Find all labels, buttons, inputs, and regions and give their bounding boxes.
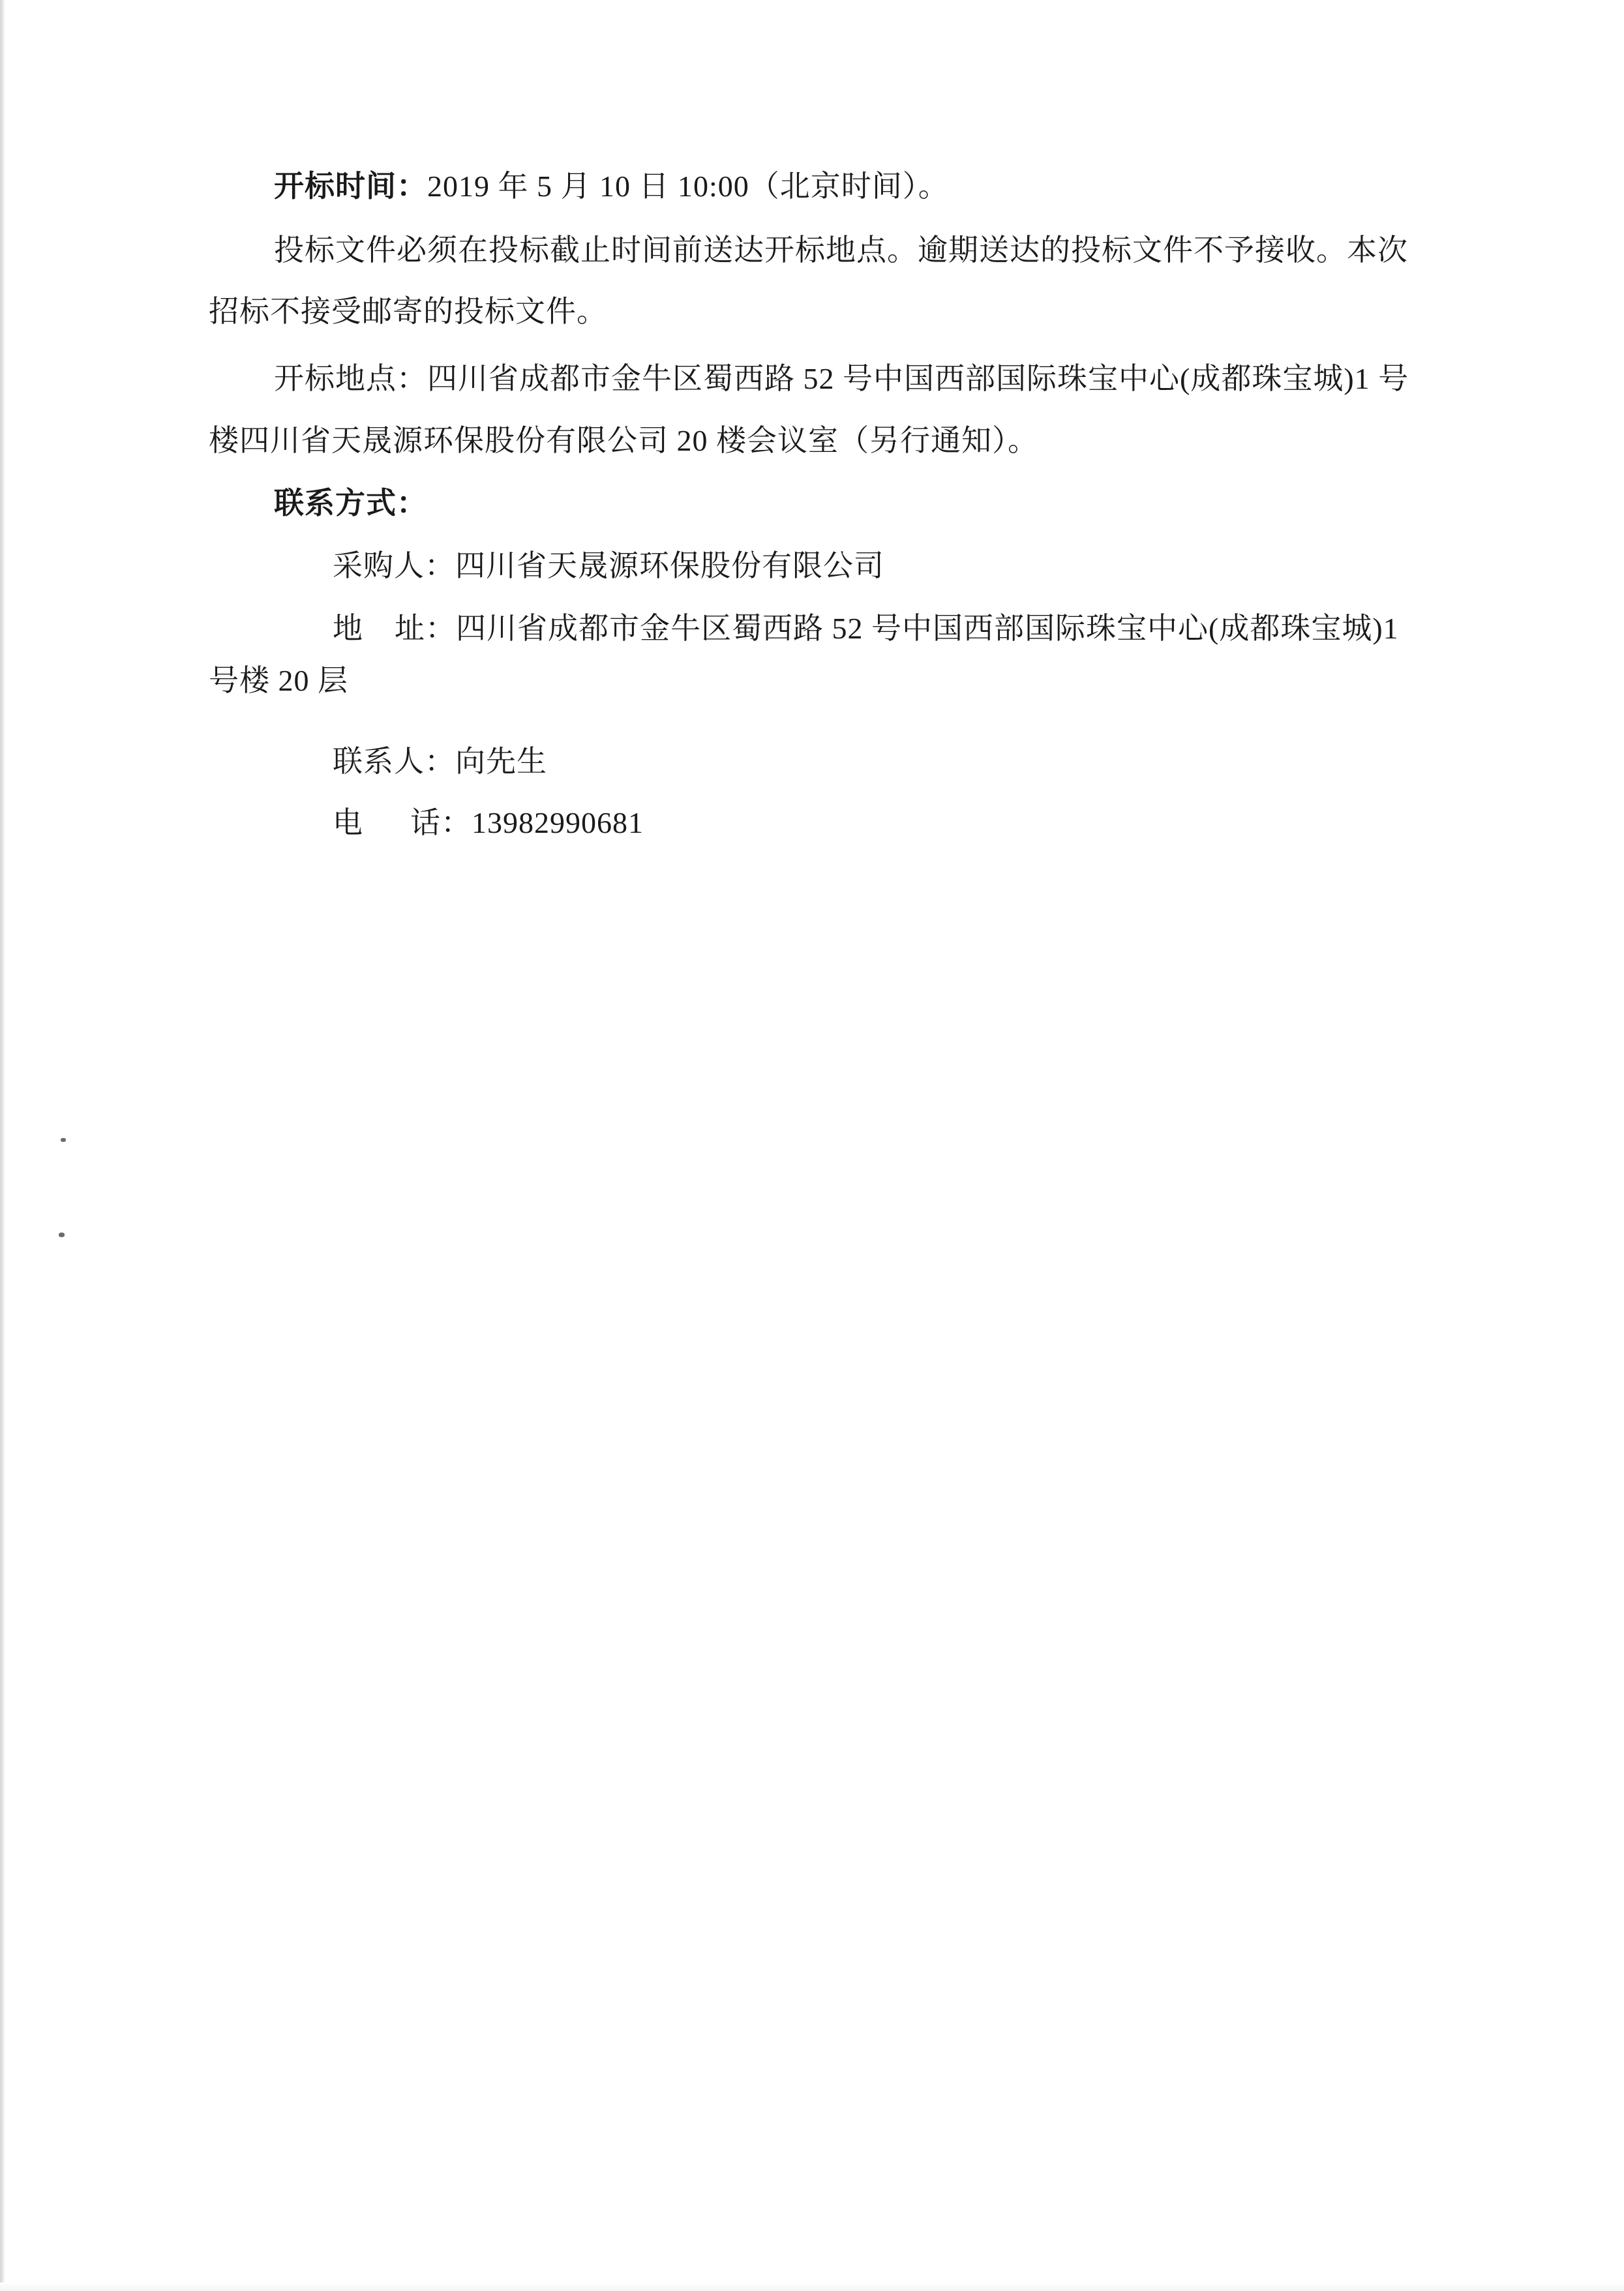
opening-location-label: 开标地点： (274, 362, 427, 395)
opening-time-line: 开标时间：2019 年 5 月 10 日 10:00（北京时间）。 (274, 168, 949, 205)
scan-speck (59, 1233, 65, 1237)
contact-person-value: 向先生 (455, 745, 547, 778)
purchaser-value: 四川省天晟源环保股份有限公司 (455, 549, 884, 582)
phone-value: 13982990681 (472, 806, 644, 839)
submission-notice-line-2: 招标不接受邮寄的投标文件。 (209, 293, 607, 330)
contact-person-label: 联系人： (333, 745, 455, 778)
address-label-char-2: 址： (395, 612, 456, 645)
phone-line: 电话：13982990681 (333, 805, 644, 841)
scan-speck (61, 1138, 66, 1142)
opening-time-value: 2019 年 5 月 10 日 10:00（北京时间）。 (427, 170, 949, 203)
contact-section-heading: 联系方式： (274, 485, 427, 522)
opening-location-line-1: 开标地点：四川省成都市金牛区蜀西路 52 号中国西部国际珠宝中心(成都珠宝城)1… (274, 361, 1409, 397)
contact-person-line: 联系人：向先生 (333, 743, 547, 780)
address-label-char-1: 地 (333, 612, 363, 645)
address-line-2: 号楼 20 层 (209, 663, 348, 699)
opening-location-value: 四川省成都市金牛区蜀西路 52 号中国西部国际珠宝中心(成都珠宝城)1 号 (427, 362, 1409, 395)
scan-bottom-edge (0, 2283, 1624, 2291)
submission-notice-line-1: 投标文件必须在投标截止时间前送达开标地点。逾期送达的投标文件不予接收。本次 (274, 232, 1408, 269)
document-page: 开标时间：2019 年 5 月 10 日 10:00（北京时间）。 投标文件必须… (0, 0, 1624, 2291)
opening-time-label: 开标时间： (274, 170, 427, 203)
opening-location-line-2: 楼四川省天晟源环保股份有限公司 20 楼会议室（另行通知）。 (209, 423, 1038, 459)
address-line-1: 地址：四川省成都市金牛区蜀西路 52 号中国西部国际珠宝中心(成都珠宝城)1 (333, 610, 1399, 647)
phone-label-char-2: 话： (410, 806, 472, 839)
phone-label-char-1: 电 (333, 806, 363, 839)
purchaser-line: 采购人：四川省天晟源环保股份有限公司 (333, 548, 884, 584)
address-value: 四川省成都市金牛区蜀西路 52 号中国西部国际珠宝中心(成都珠宝城)1 (456, 612, 1399, 645)
purchaser-label: 采购人： (333, 549, 455, 582)
